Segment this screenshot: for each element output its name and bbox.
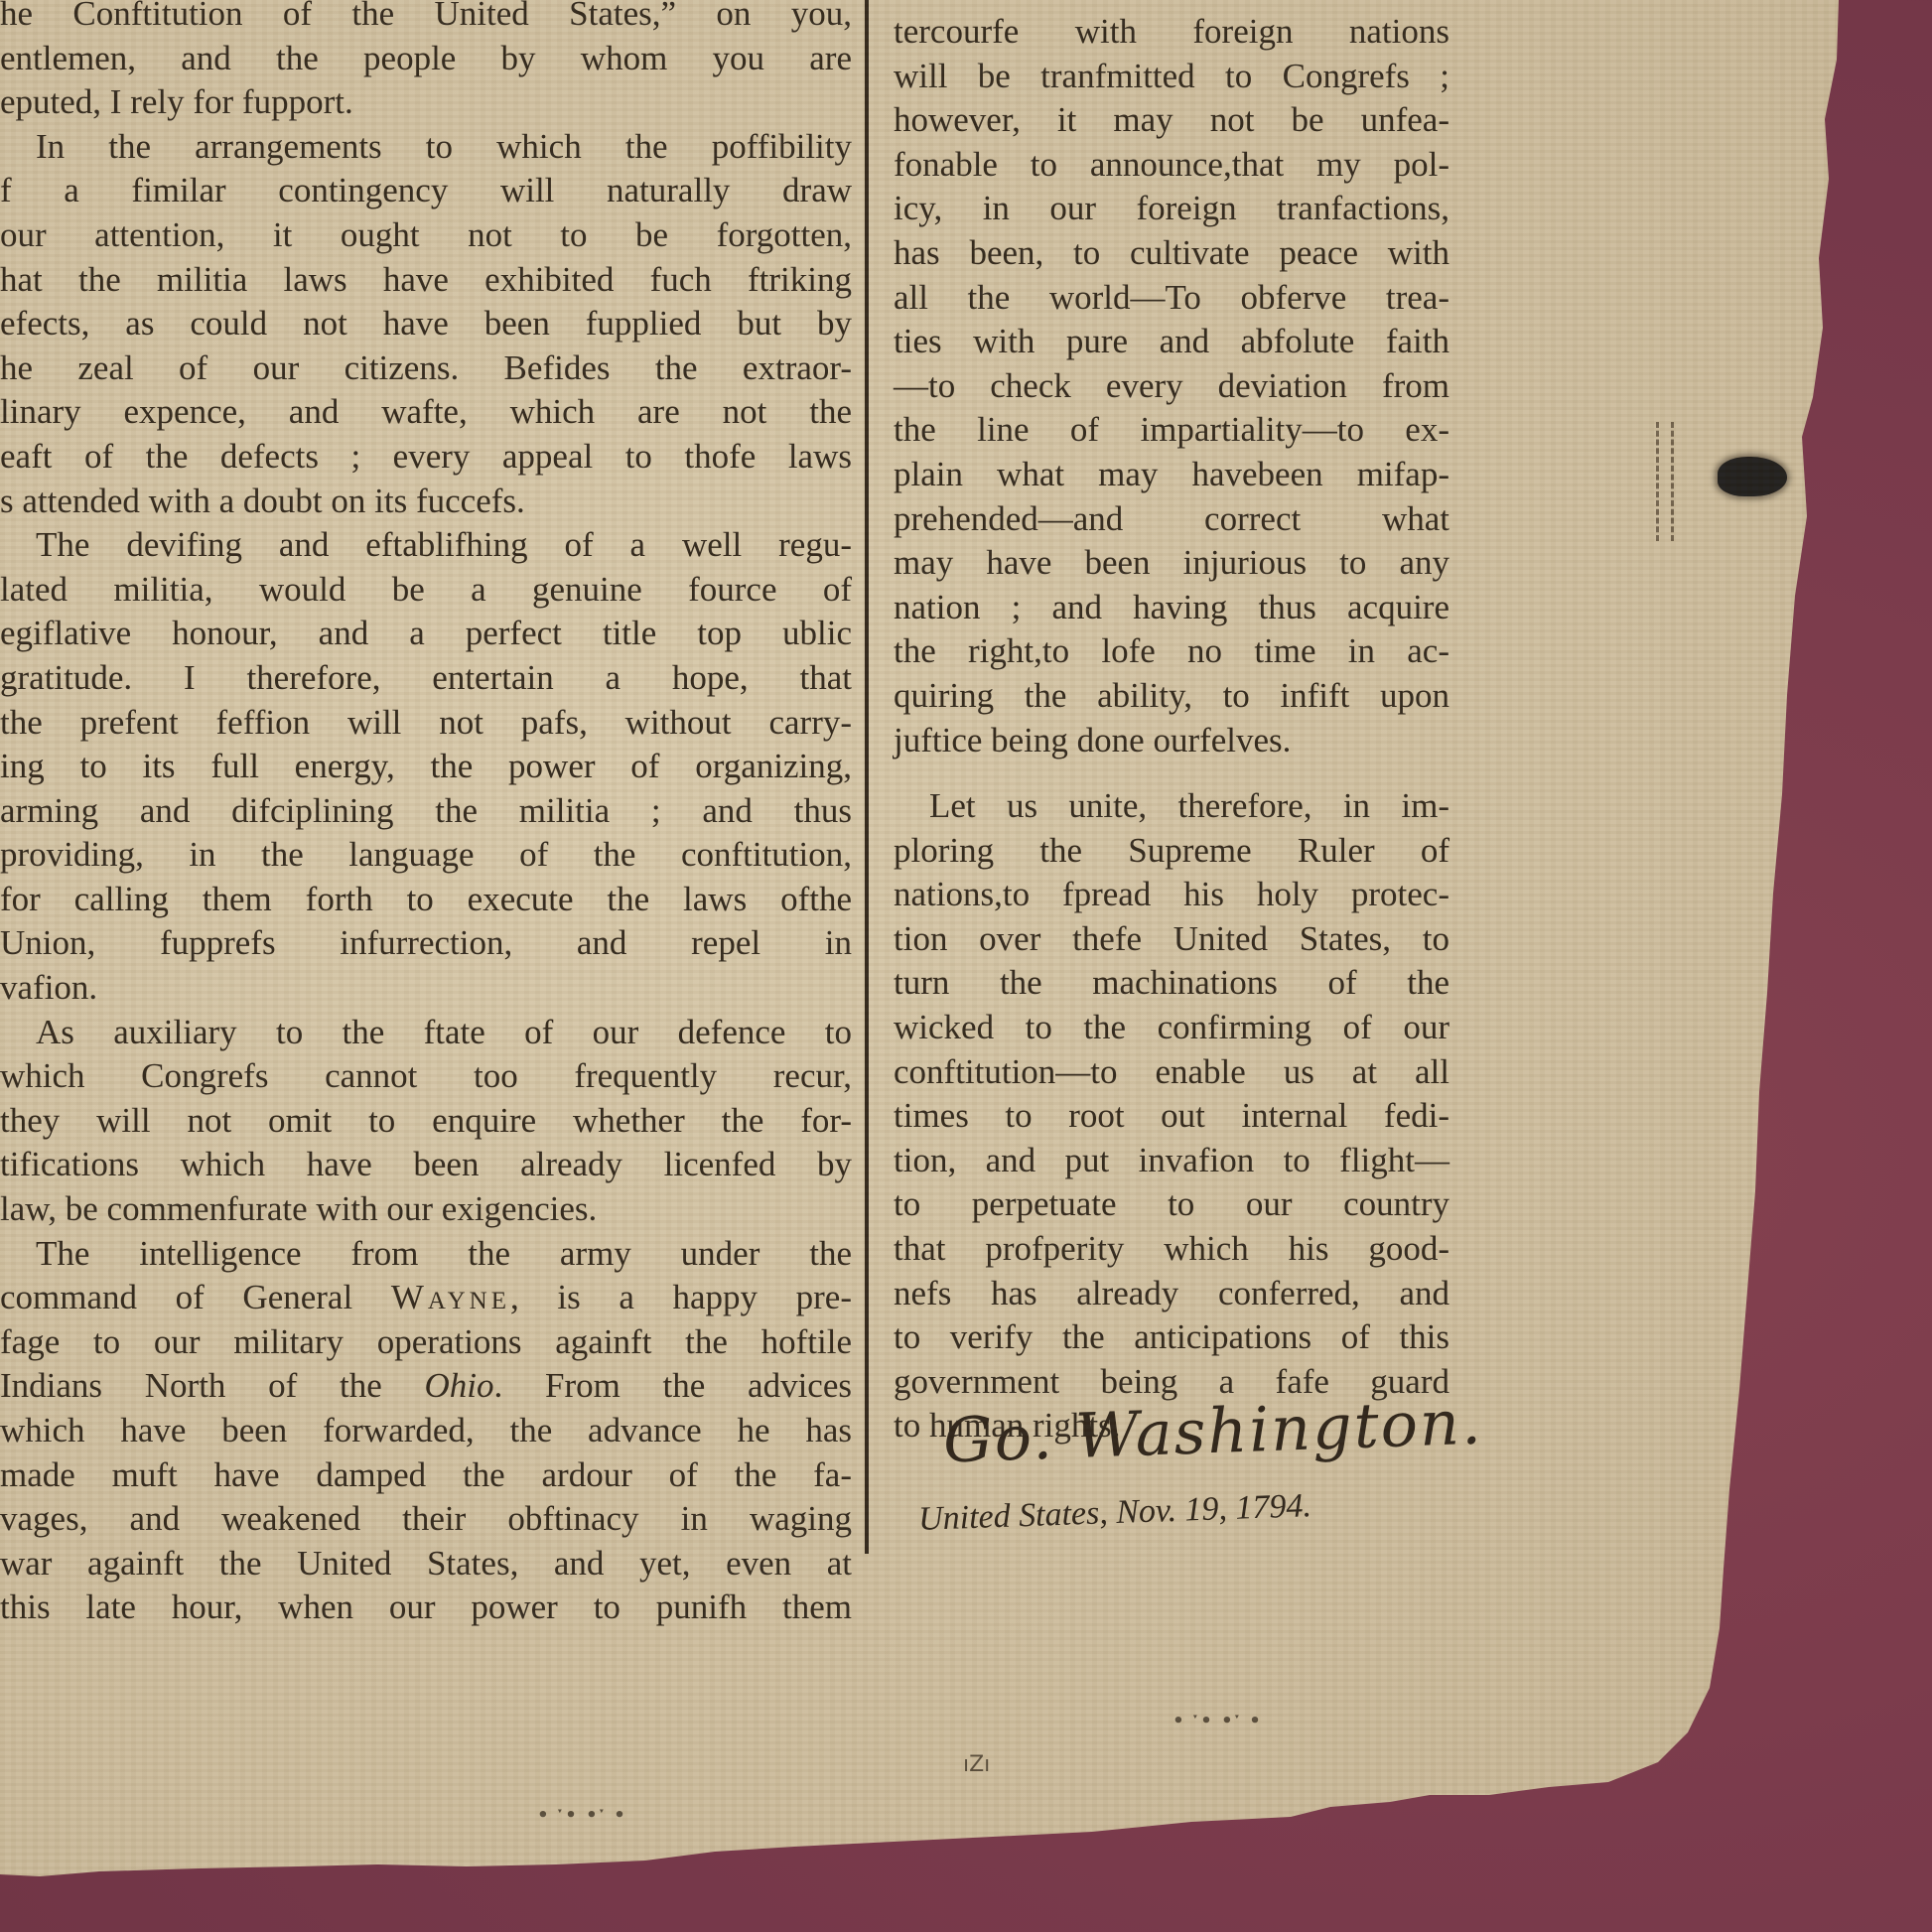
general-wayne-name: Wayne (391, 1278, 510, 1316)
text-line: lated militia, would be a genuine fource… (0, 568, 852, 613)
stray-ink-marks: ıZı (963, 1752, 990, 1777)
text-line: the right,to lofe no time in ac- (894, 629, 1449, 674)
text-line: vages, and weakened their obftinacy in w… (0, 1497, 852, 1542)
text-line: this late hour, when our power to punifh… (0, 1586, 852, 1630)
stray-ink-marks: ∙ ˑ∙ ∙ˑ ∙ (1172, 1708, 1262, 1732)
text-line: The devifing and eftablifhing of a well … (0, 523, 852, 568)
text-line: entlemen, and the people by whom you are (0, 37, 852, 81)
text-line: nefs has already conferred, and (894, 1272, 1449, 1316)
text-line: gratitude. I therefore, entertain a hope… (0, 656, 852, 701)
text-line: wicked to the confirming of our (894, 1006, 1449, 1050)
column-rule (865, 0, 869, 1554)
text-line: ing to its full energy, the power of org… (0, 745, 852, 789)
text-line: he Conftitution of the United States,” o… (0, 0, 852, 37)
text-line: ties with pure and abfolute faith (894, 320, 1449, 364)
text-line: The intelligence from the army under the (0, 1232, 852, 1277)
stray-ink-marks: ∙ ˑ∙ ∙ˑ ∙ (536, 1802, 626, 1827)
edge-print-marks (1656, 422, 1674, 541)
text-line: made muft have damped the ardour of the … (0, 1453, 852, 1498)
text-line: turn the machinations of the (894, 961, 1449, 1006)
text-line: eputed, I rely for fupport. (0, 80, 852, 125)
text-line: all the world—To obferve trea- (894, 276, 1449, 321)
text-line: egiflative honour, and a perfect title t… (0, 612, 852, 656)
text-line: prehended—and correct what (894, 497, 1449, 542)
text-line: providing, in the language of the confti… (0, 833, 852, 878)
text-line: plain what may havebeen mifap- (894, 453, 1449, 497)
text-line: the line of impartiality—to ex- (894, 408, 1449, 453)
text-line: our attention, it ought not to be forgot… (0, 213, 852, 258)
left-column: he Conftitution of the United States,” o… (0, 0, 852, 1630)
text-line: ploring the Supreme Ruler of (894, 829, 1449, 874)
text-line: vafion. (0, 966, 852, 1011)
text-line: for calling them forth to execute the la… (0, 878, 852, 922)
text-line: law, be commenfurate with our exigencies… (0, 1187, 852, 1232)
text-line: hat the militia laws have exhibited fuch… (0, 258, 852, 303)
text-line: icy, in our foreign tranfactions, (894, 187, 1449, 231)
newspaper-page: he Conftitution of the United States,” o… (0, 0, 1932, 1932)
text-line: linary expence, and wafte, which are not… (0, 390, 852, 435)
text-line: As auxiliary to the ftate of our defence… (0, 1011, 852, 1055)
dateline: United States, Nov. 19, 1794. (917, 1487, 1311, 1539)
text-line: tifications which have been already lice… (0, 1143, 852, 1187)
ohio-name: Ohio (425, 1366, 494, 1405)
text-line: f a fimilar contingency will naturally d… (0, 169, 852, 213)
text-line: conftitution—to enable us at all (894, 1050, 1449, 1095)
text-line: nations,to fpread his holy protec- (894, 873, 1449, 917)
text-line: fage to our military operations againft … (0, 1320, 852, 1365)
text-line: Let us unite, therefore, in im- (894, 784, 1449, 829)
text-line: arming and difciplining the militia ; an… (0, 789, 852, 834)
text-line: juftice being done ourfelves. (894, 719, 1449, 763)
text-line: which have been forwarded, the advance h… (0, 1409, 852, 1453)
text-line: efects, as could not have been fupplied … (0, 302, 852, 346)
text-line: —to check every deviation from (894, 364, 1449, 409)
text-line: which Congrefs cannot too frequently rec… (0, 1054, 852, 1099)
text-line: eaft of the defects ; every appeal to th… (0, 435, 852, 480)
text-line: In the arrangements to which the poffibi… (0, 125, 852, 170)
text-line: nation ; and having thus acquire (894, 586, 1449, 630)
text-line: fonable to announce,that my pol- (894, 143, 1449, 188)
text-line: will be tranfmitted to Congrefs ; (894, 55, 1449, 99)
text-line: to perpetuate to our country (894, 1182, 1449, 1227)
text-line-wayne: command of General Wayne, is a happy pre… (0, 1276, 852, 1320)
text-line: tion over thefe United States, to (894, 917, 1449, 962)
text-line: that profperity which his good- (894, 1227, 1449, 1272)
text-line: he zeal of our citizens. Befides the ext… (0, 346, 852, 391)
text-line: tercourfe with foreign nations (894, 10, 1449, 55)
text-line: war againft the United States, and yet, … (0, 1542, 852, 1587)
ink-stain (1718, 457, 1787, 496)
text-line: may have been injurious to any (894, 541, 1449, 586)
text-line: Union, fupprefs infurrection, and repel … (0, 921, 852, 966)
text-line-ohio: Indians North of the Ohio. From the advi… (0, 1364, 852, 1409)
right-column: tercourfe with foreign nations will be t… (894, 10, 1449, 1449)
text-line: the prefent feffion will not pafs, witho… (0, 701, 852, 746)
text-line: they will not omit to enquire whether th… (0, 1099, 852, 1144)
text-line: times to root out internal fedi- (894, 1094, 1449, 1139)
text-line: s attended with a doubt on its fuccefs. (0, 480, 852, 524)
text-line: to verify the anticipations of this (894, 1315, 1449, 1360)
text-line: quiring the ability, to infift upon (894, 674, 1449, 719)
text-line: however, it may not be unfea- (894, 98, 1449, 143)
text-line: has been, to cultivate peace with (894, 231, 1449, 276)
text-line: tion, and put invafion to flight— (894, 1139, 1449, 1183)
